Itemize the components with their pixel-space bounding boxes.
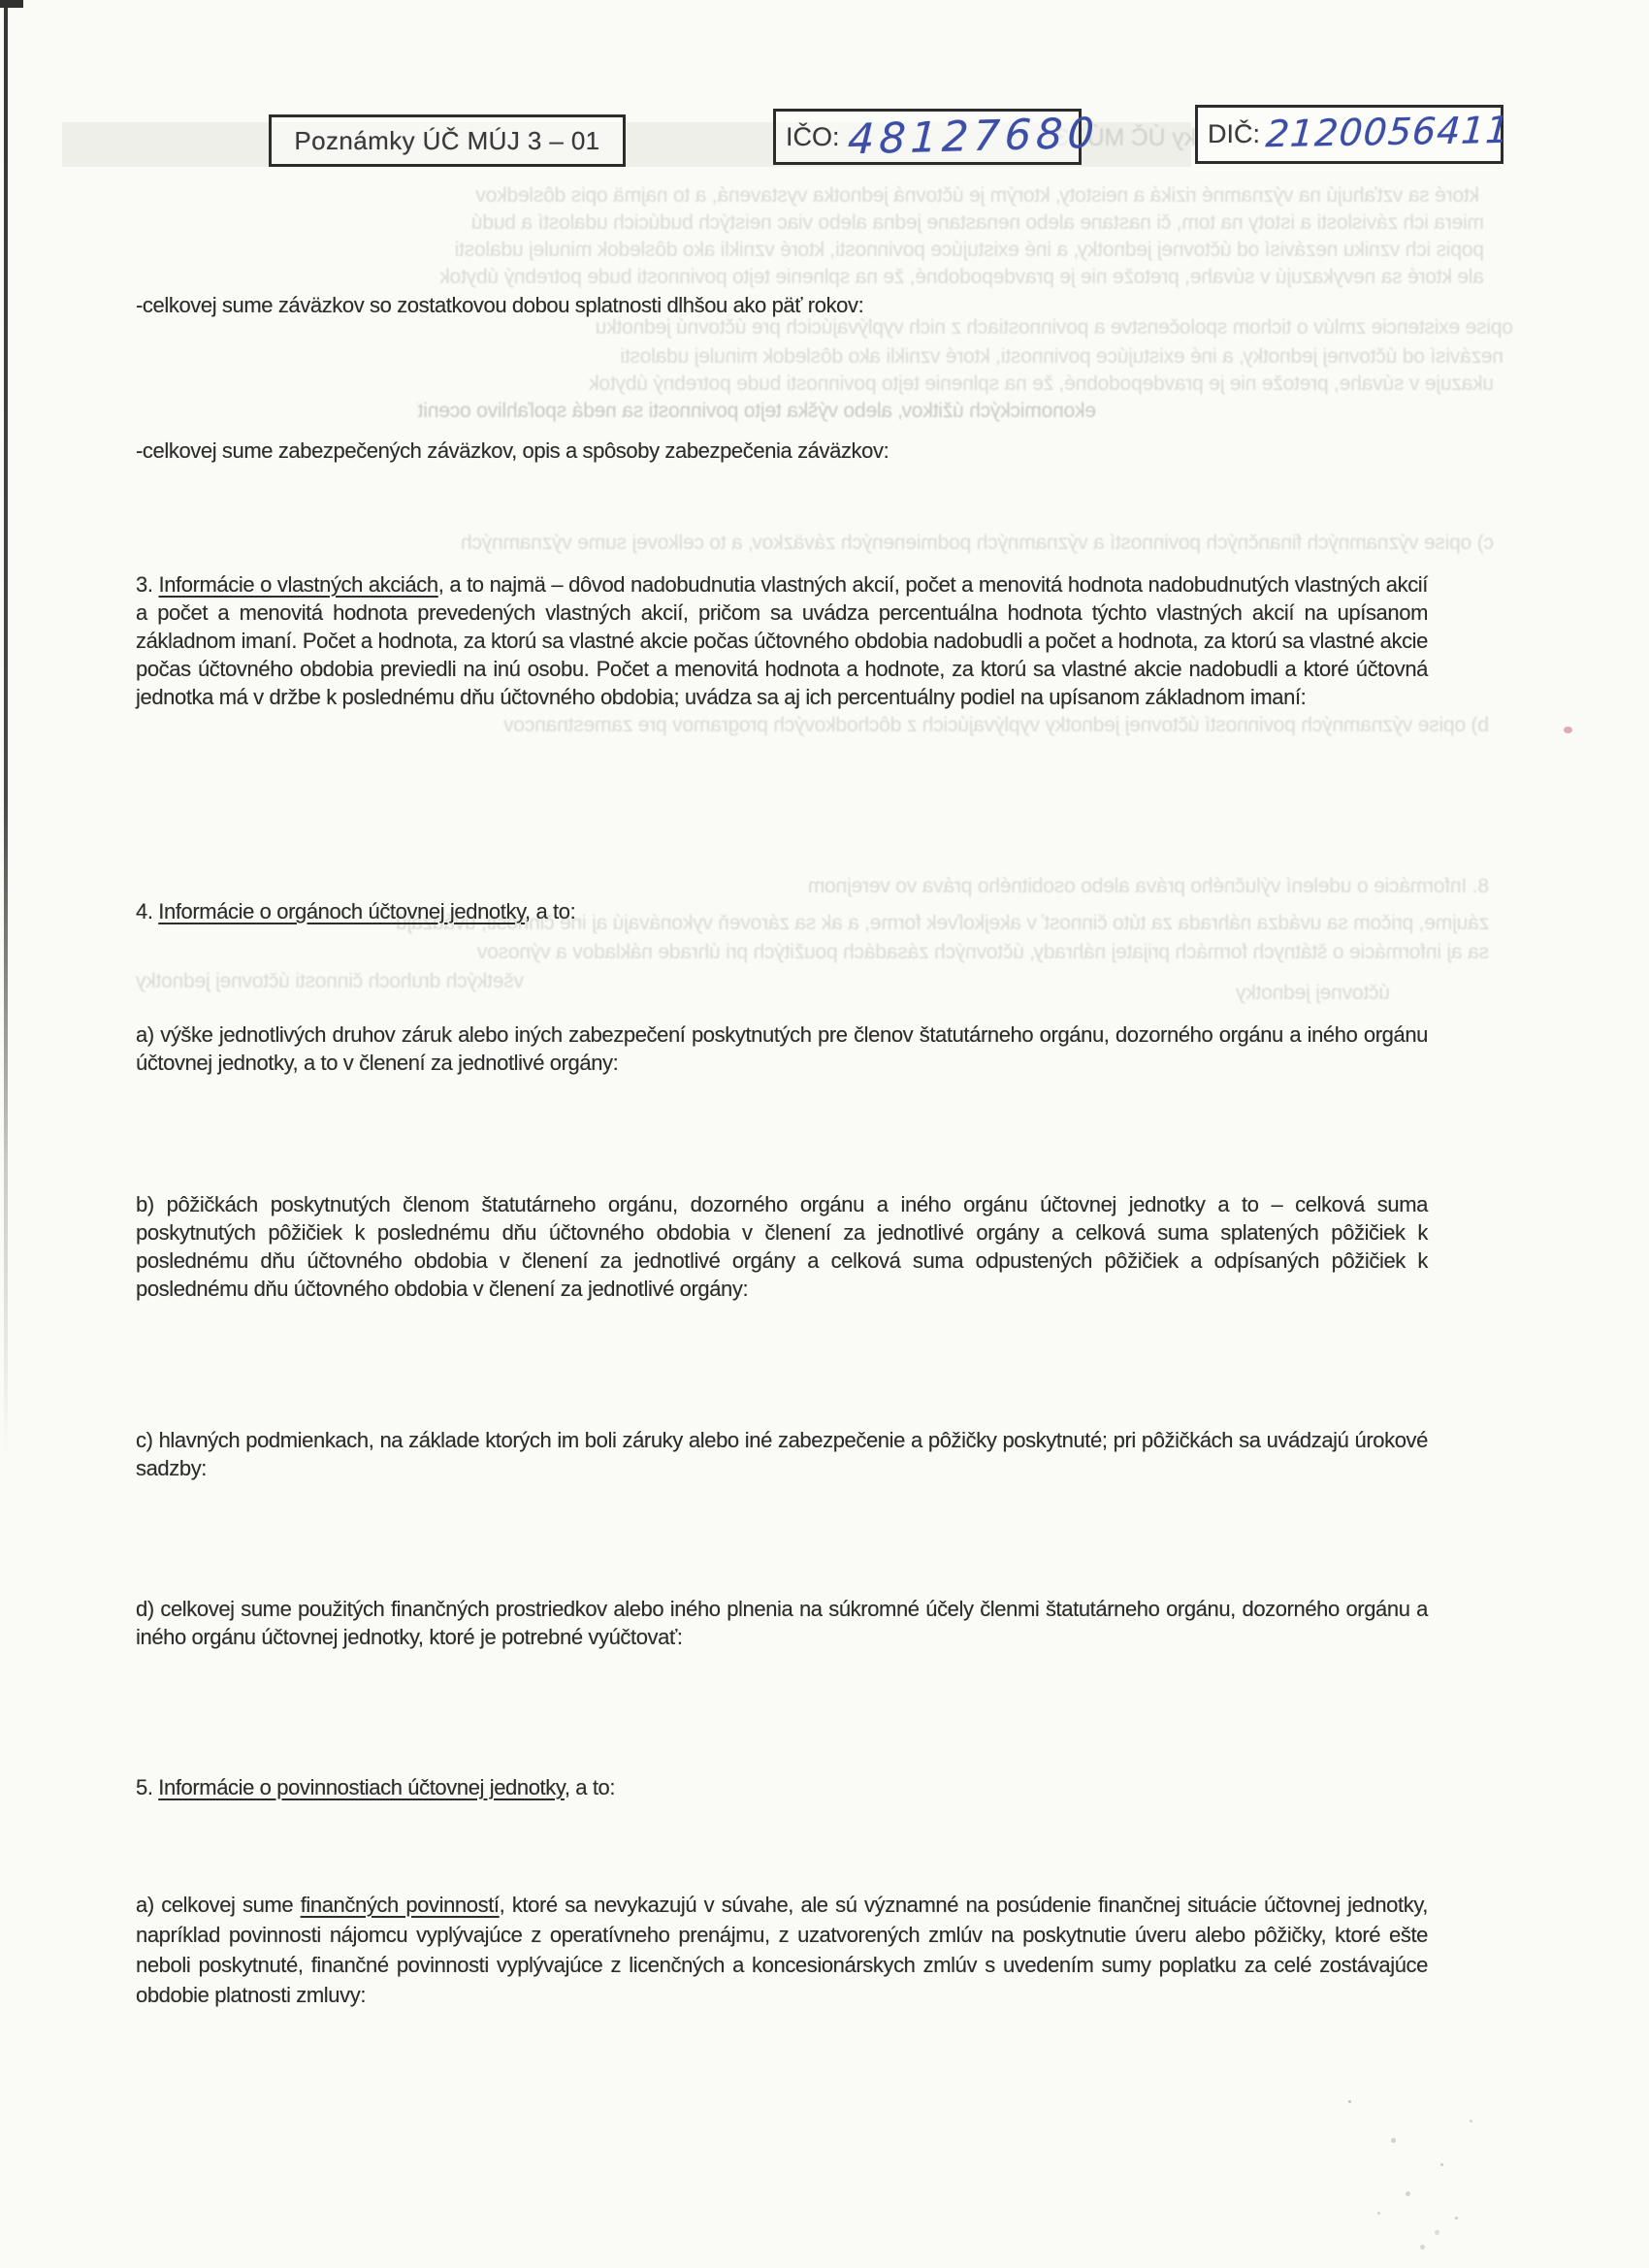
scan-edge-line <box>4 0 8 1455</box>
bleedthrough-line: ktoré sa vzťahujú na významné riziká a n… <box>68 184 1479 210</box>
section-5-heading-line: 5. Informácie o povinnostiach účtovnej j… <box>136 1773 1428 1801</box>
section-3-number: 3. <box>136 572 158 597</box>
section-4-item-b: b) pôžičkách poskytnutých členom štatutá… <box>136 1190 1428 1303</box>
scan-speckles <box>1348 2100 1351 2103</box>
bleedthrough-line: c) opise významných finančných povinnost… <box>68 532 1494 557</box>
section-4-text: , a to: <box>525 899 575 923</box>
bleedthrough-line: b) opise významných povinností účtovnej … <box>310 714 1489 739</box>
form-title-box: Poznámky ÚČ MÚJ 3 – 01 <box>269 114 626 167</box>
bleedthrough-line: ekonomických úžitkov, alebo výška tejto … <box>417 400 1096 425</box>
scan-corner-mark <box>0 0 23 8</box>
bleedthrough-line: sa aj informácie o štátnych formách prij… <box>68 941 1489 966</box>
section-5-number: 5. <box>136 1775 158 1799</box>
bleedthrough-line: účtovnej jednotky <box>1114 982 1390 1007</box>
bleedthrough-line: nezávisí od účtovnej jednotky, a iné exi… <box>165 345 1503 371</box>
section-4-number: 4. <box>136 899 158 923</box>
section-3-heading: Informácie o vlastných akciách <box>158 572 437 597</box>
bleedthrough-line: popis ich vzniku nezávisí od účtovnej je… <box>68 239 1484 264</box>
section-5-text: , a to: <box>565 1775 615 1799</box>
section-5-item-a-prefix: a) celkovej sume <box>136 1893 301 1917</box>
ico-label: IČO: <box>786 122 840 152</box>
bleedthrough-line: všetkých druhoch činnosti účtovnej jedno… <box>68 970 524 995</box>
ico-handwritten-value: 48127680 <box>846 110 1099 165</box>
section-4-item-a: a) výške jednotlivých druhov záruk alebo… <box>136 1021 1428 1077</box>
bleedthrough-line: ukazuje v súvahe, pretože nie je pravdep… <box>194 373 1494 398</box>
form-title: Poznámky ÚČ MÚJ 3 – 01 <box>294 126 599 156</box>
bleedthrough-line: opise existencie zmlúv o tichom spoločen… <box>126 316 1513 341</box>
section-4-item-d: d) celkovej sume použitých finančných pr… <box>136 1595 1428 1651</box>
bleedthrough-line: miera ich závislosti a istoty na tom, či… <box>68 211 1484 237</box>
scan-red-fleck <box>1564 727 1572 733</box>
section-5-item-a: a) celkovej sume finančných povinností, … <box>136 1890 1428 2010</box>
ico-box: IČO: 48127680 <box>773 109 1082 165</box>
dic-box: DIČ: 2120056411 <box>1195 105 1503 164</box>
section-5-heading: Informácie o povinnostiach účtovnej jedn… <box>158 1775 565 1799</box>
bleedthrough-line: ale ktoré sa nevykazujú v súvahe, pretož… <box>68 266 1484 291</box>
dic-handwritten-value: 2120056411 <box>1264 108 1511 154</box>
scanned-document-page: { "header": { "form_title": "Poznámky ÚČ… <box>0 0 1649 2268</box>
section-4-heading: Informácie o orgánoch účtovnej jednotky <box>158 899 525 923</box>
section-3-own-shares: 3. Informácie o vlastných akciách, a to … <box>136 570 1428 711</box>
section-4-item-c: c) hlavných podmienkach, na základe ktor… <box>136 1426 1428 1482</box>
section-4-heading-line: 4. Informácie o orgánoch účtovnej jednot… <box>136 897 1428 925</box>
bullet-secured-liabilities: -celkovej sume zabezpečených záväzkov, o… <box>136 437 1428 465</box>
section-5-item-a-underlined: finančných povinností <box>301 1893 500 1917</box>
dic-label: DIČ: <box>1208 119 1260 149</box>
bullet-liabilities-over-five-years: -celkovej sume záväzkov so zostatkovou d… <box>136 291 1428 319</box>
